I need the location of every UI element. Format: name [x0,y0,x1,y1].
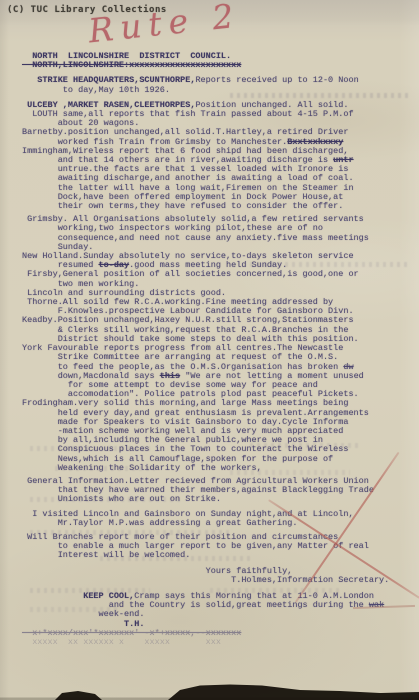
ink-ghost-smudge [30,588,150,593]
typewritten-line: xxxxx xx xxxxxx x xxxxx xxx [22,638,418,647]
text-run: to day,May 10th 1926. [22,85,170,95]
watermark-text: (C) TUC Library Collections [7,5,167,16]
typewritten-line: NORTH,LINCOLNSHIRE:xxxxxxxxxxxxxxxxxxxxx… [22,61,418,70]
typewritten-line: Mr.Taylor M.P.was addressing a great Gat… [22,519,418,528]
text-run: T.Holmes,Information Secretary. [22,575,389,585]
struck-text: NORTH,LINCOLNSHIRE:xxxxxxxxxxxxxxxxxxxxx… [22,60,241,70]
text-run: Mr.Taylor M.P.was addressing a great Gat… [22,518,297,528]
text-run: Reports received up to 12-0 Noon [195,75,358,85]
ink-ghost-smudge [230,470,350,475]
ink-ghost-smudge [210,588,340,593]
ink-ghost-smudge [30,446,150,451]
typewritten-line: their own terms,they have refused to con… [22,202,418,211]
scan-edge-shadow [0,680,419,700]
ink-ghost-smudge [230,93,410,98]
text-run: their own terms,they have refused to con… [22,201,343,211]
ink-ghost-smudge [100,556,250,561]
document-page: (C) TUC Library Collections Rute 2 NORTH… [0,0,419,700]
typewritten-line: T.Holmes,Information Secretary. [22,576,418,585]
ink-ghost-smudge [250,443,360,448]
ink-ghost-smudge [55,466,155,471]
ink-ghost-smudge [30,497,180,502]
ink-ghost-smudge [250,262,410,267]
ink-ghost-smudge [30,607,120,612]
text-run: xxxxx xx xxxxxx x xxxxx xxx [22,637,221,647]
ink-ghost-smudge [30,530,230,535]
